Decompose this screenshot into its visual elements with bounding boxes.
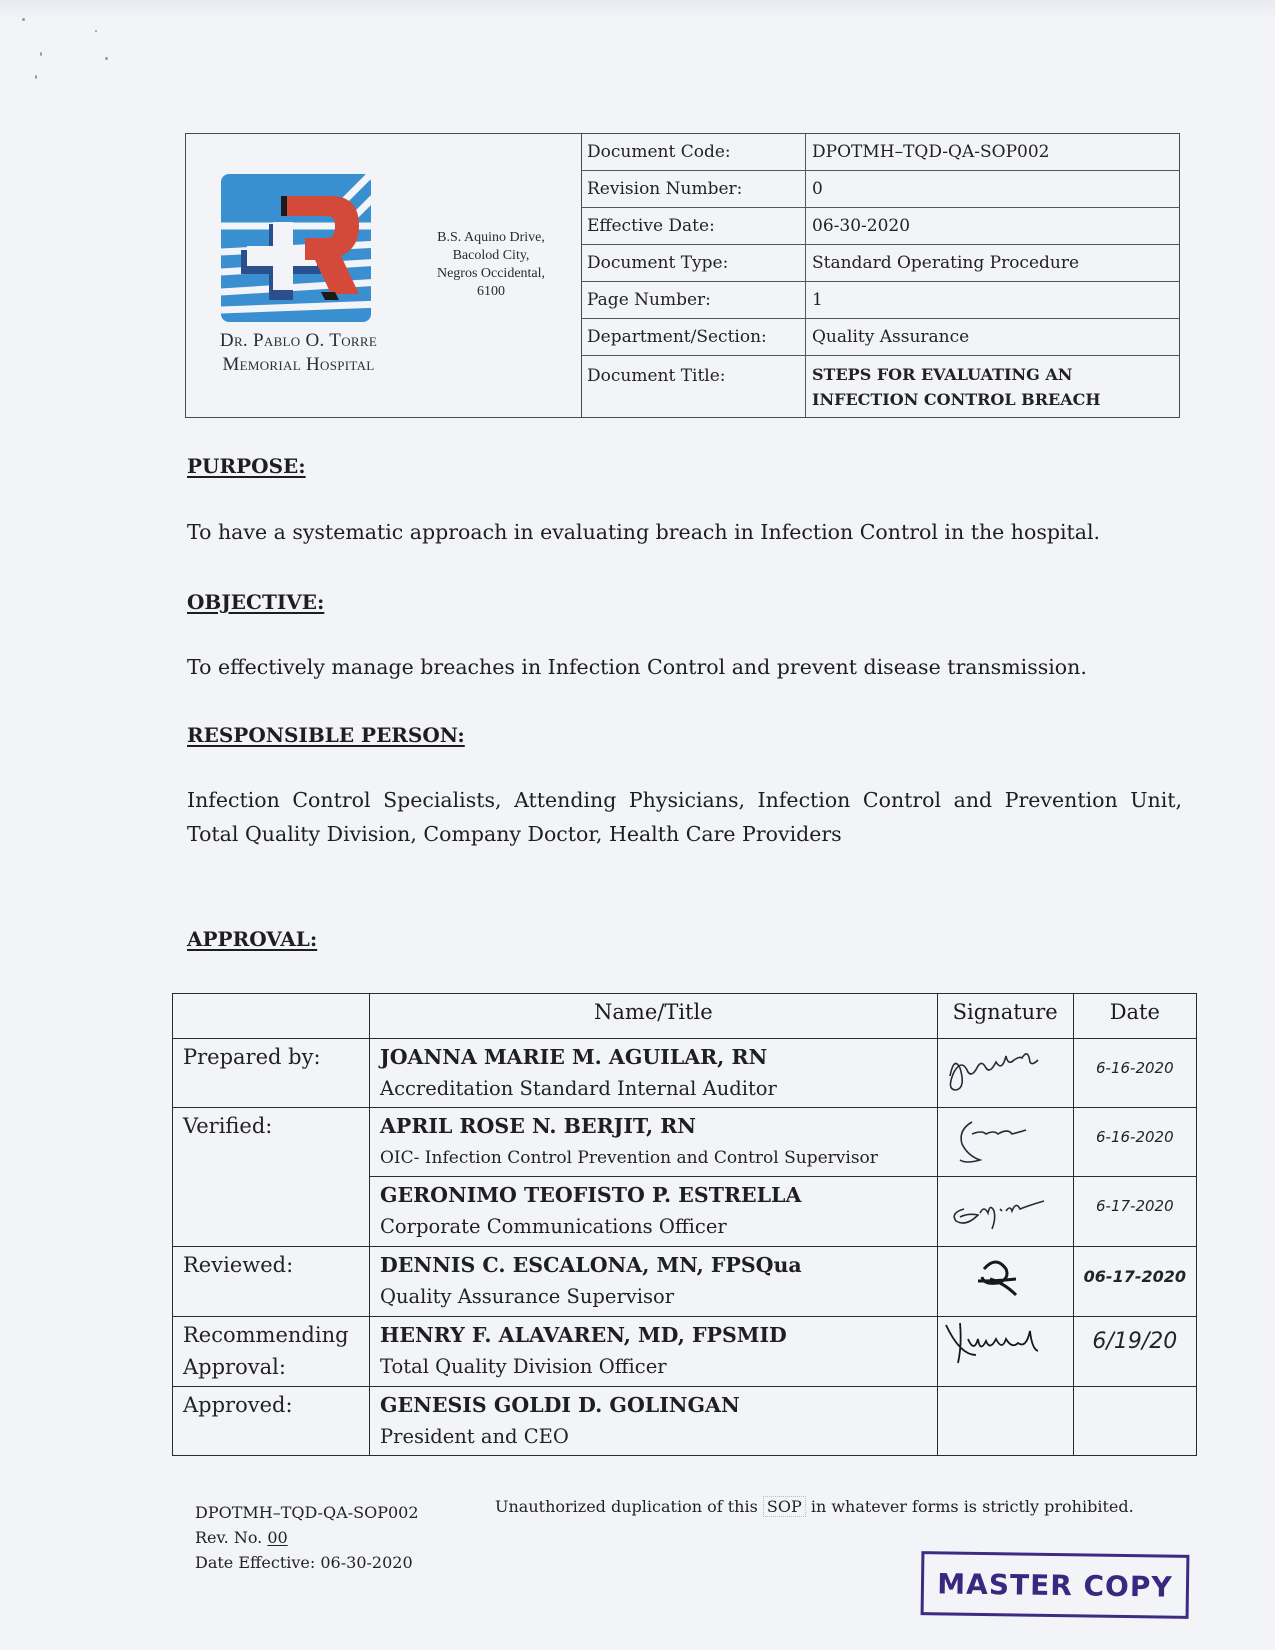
field-document-title: Document Title: STEPS FOR EVALUATING AN … xyxy=(581,356,1179,417)
document-metadata: Document Code: DPOTMH–TQD-QA-SOP002 Revi… xyxy=(581,134,1179,417)
document-title: STEPS FOR EVALUATING AN INFECTION CONTRO… xyxy=(806,356,1179,417)
signatory-title: Quality Assurance Supervisor xyxy=(380,1281,927,1313)
master-copy-stamp: MASTER COPY xyxy=(921,1551,1190,1619)
duplication-notice: Unauthorized duplication of this SOP in … xyxy=(495,1497,1134,1516)
field-department-section: Department/Section: Quality Assurance xyxy=(581,319,1179,356)
handwritten-signature-icon xyxy=(942,1249,1052,1309)
signature-cell xyxy=(937,1317,1073,1387)
footer-revision: Rev. No. 00 xyxy=(195,1525,419,1550)
signature-cell xyxy=(937,1108,1073,1177)
signature-cell xyxy=(937,1177,1073,1247)
hospital-address: B.S. Aquino Drive, Bacolod City, Negros … xyxy=(411,229,571,301)
field-effective-date: Effective Date: 06-30-2020 xyxy=(581,208,1179,245)
footer-doc-code: DPOTMH–TQD-QA-SOP002 xyxy=(195,1500,419,1525)
field-page-number: Page Number: 1 xyxy=(581,282,1179,319)
responsible-person-heading: RESPONSIBLE PERSON: xyxy=(187,723,465,747)
scan-speck xyxy=(35,75,37,79)
objective-text: To effectively manage breaches in Infect… xyxy=(187,650,1182,684)
signatory-name: GERONIMO TEOFISTO P. ESTRELLA xyxy=(380,1179,927,1211)
scan-speck xyxy=(105,57,108,60)
approval-heading: APPROVAL: xyxy=(187,927,317,951)
signature-date: 06-17-2020 xyxy=(1084,1249,1186,1286)
signatory-title: President and CEO xyxy=(380,1421,927,1453)
signature-date: 6-16-2020 xyxy=(1084,1110,1186,1146)
field-document-type: Document Type: Standard Operating Proced… xyxy=(581,245,1179,282)
signature-cell-empty xyxy=(937,1387,1073,1456)
signature-cell xyxy=(937,1039,1073,1108)
signatory-title: Corporate Communications Officer xyxy=(380,1211,927,1243)
field-document-code: Document Code: DPOTMH–TQD-QA-SOP002 xyxy=(581,134,1179,171)
signature-date: 6-17-2020 xyxy=(1084,1179,1186,1215)
handwritten-signature-icon xyxy=(942,1179,1052,1239)
signatory-name: JOANNA MARIE M. AGUILAR, RN xyxy=(380,1041,927,1073)
footer-date-effective: Date Effective: 06-30-2020 xyxy=(195,1550,419,1575)
table-row: Recommending Approval: HENRY F. ALAVAREN… xyxy=(173,1317,1197,1387)
table-row: Approved: GENESIS GOLDI D. GOLINGAN Pres… xyxy=(173,1387,1197,1456)
scan-speck xyxy=(22,18,25,21)
signature-date: 6/19/20 xyxy=(1084,1319,1186,1354)
table-row: Prepared by: JOANNA MARIE M. AGUILAR, RN… xyxy=(173,1039,1197,1108)
approval-table-header: Name/Title Signature Date xyxy=(173,994,1197,1039)
scan-speck xyxy=(40,52,42,56)
purpose-text: To have a systematic approach in evaluat… xyxy=(187,515,1182,549)
signatory-name: HENRY F. ALAVAREN, MD, FPSMID xyxy=(380,1319,927,1351)
handwritten-signature-icon xyxy=(942,1110,1052,1170)
handwritten-signature-icon xyxy=(942,1041,1052,1101)
signature-cell xyxy=(937,1247,1073,1317)
table-row: Verified: APRIL ROSE N. BERJIT, RN OIC- … xyxy=(173,1108,1197,1177)
signatory-name: GENESIS GOLDI D. GOLINGAN xyxy=(380,1389,927,1421)
signatory-title: OIC- Infection Control Prevention and Co… xyxy=(380,1142,927,1174)
footer-document-info: DPOTMH–TQD-QA-SOP002 Rev. No. 00 Date Ef… xyxy=(195,1500,419,1575)
document-header-table: Dr. Pablo O. Torre Memorial Hospital B.S… xyxy=(185,133,1180,418)
scan-speck xyxy=(95,30,97,32)
signature-date xyxy=(1084,1389,1186,1407)
handwritten-signature-icon xyxy=(942,1319,1052,1379)
field-revision-number: Revision Number: 0 xyxy=(581,171,1179,208)
column-date: Date xyxy=(1073,994,1196,1039)
signature-date: 6-16-2020 xyxy=(1084,1041,1186,1077)
signatory-title: Accreditation Standard Internal Auditor xyxy=(380,1073,927,1105)
column-name-title: Name/Title xyxy=(370,994,938,1039)
responsible-person-text: Infection Control Specialists, Attending… xyxy=(187,783,1182,851)
hospital-identity: Dr. Pablo O. Torre Memorial Hospital B.S… xyxy=(186,134,582,417)
table-row: Reviewed: DENNIS C. ESCALONA, MN, FPSQua… xyxy=(173,1247,1197,1317)
column-signature: Signature xyxy=(937,994,1073,1039)
hospital-logo-icon xyxy=(221,174,381,326)
hospital-name: Dr. Pablo O. Torre Memorial Hospital xyxy=(196,329,401,377)
signatory-name: APRIL ROSE N. BERJIT, RN xyxy=(380,1110,927,1142)
signatory-name: DENNIS C. ESCALONA, MN, FPSQua xyxy=(380,1249,927,1281)
objective-heading: OBJECTIVE: xyxy=(187,590,324,614)
approval-table: Name/Title Signature Date Prepared by: J… xyxy=(172,993,1197,1456)
signatory-title: Total Quality Division Officer xyxy=(380,1351,927,1383)
purpose-heading: PURPOSE: xyxy=(187,454,306,478)
